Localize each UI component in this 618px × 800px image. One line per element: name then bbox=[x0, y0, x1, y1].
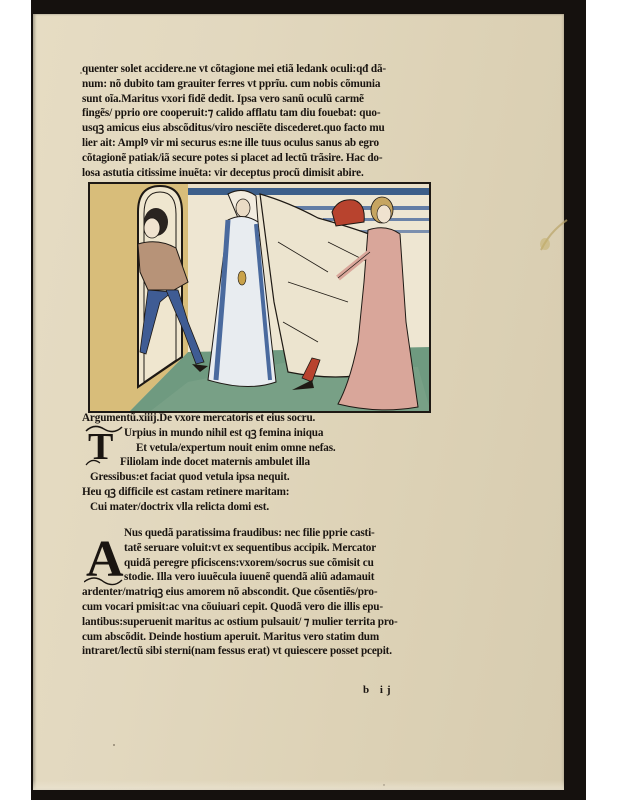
paper-speck bbox=[113, 744, 115, 746]
verse-line: Cui mater/doctrix vlla relicta domi est. bbox=[82, 500, 432, 515]
verse-line: Gressibus:et faciat quod vetula ipsa neq… bbox=[82, 470, 432, 485]
argument-heading: Argumentũ.xiiij.De vxore mercatoris et e… bbox=[82, 411, 432, 426]
top-text-block: quenter solet accidere.ne vt cõtagione m… bbox=[82, 62, 432, 180]
prose-line: lantibus:superuenit maritus ac ostium pu… bbox=[82, 615, 432, 630]
decorated-initial-t: T bbox=[84, 423, 124, 467]
signature-mark: b ij bbox=[363, 684, 395, 696]
prose-line: tatẽ seruare voluit:vt ex sequentibus ac… bbox=[82, 541, 432, 556]
paper-speck bbox=[80, 72, 82, 74]
prose-line: cum vocari pmisit:ac vna cõuiuari cepit.… bbox=[82, 600, 432, 615]
argument-section: Argumentũ.xiiij.De vxore mercatoris et e… bbox=[82, 411, 432, 515]
prose-line: intraret/lectũ sibi sterni(nam fessus er… bbox=[82, 644, 432, 659]
book-page: quenter solet accidere.ne vt cõtagione m… bbox=[33, 14, 564, 790]
text-line: losa astutia citissime inuẽta: vir decep… bbox=[82, 166, 432, 181]
text-line: num: nõ dubito tam grauiter ferres vt pp… bbox=[82, 77, 432, 92]
prose-line: Nus quedã paratissima fraudibus: nec fil… bbox=[82, 526, 432, 541]
text-line: usqꝫ amicus eius abscõditus/viro nesciẽt… bbox=[82, 121, 432, 136]
text-line: lier ait: Amplꝰ vir mi securus es:ne ill… bbox=[82, 136, 432, 151]
woodcut-illustration bbox=[88, 182, 431, 413]
prose-line: stodie. Illa vero iuuẽcula iuuenẽ quendã… bbox=[82, 570, 432, 585]
text-line: cõtagionẽ patiak/iã secure potes si plac… bbox=[82, 151, 432, 166]
verse-line: Filiolam inde docet maternis ambulet ill… bbox=[82, 455, 432, 470]
text-line: sunt oĩa.Maritus vxori fidẽ dedit. Ipsa … bbox=[82, 92, 432, 107]
paper-speck bbox=[383, 784, 385, 786]
verse-line: Heu qꝫ difficile est castam retinere mar… bbox=[82, 485, 432, 500]
prose-line: quidã peregre pficiscens:vxorem/socrus s… bbox=[82, 556, 432, 571]
verse-line: Urpius in mundo nihil est qꝫ femina iniq… bbox=[82, 426, 432, 441]
decorated-initial-a: A bbox=[84, 526, 124, 586]
prose-line: ardenter/matriqꝫ eius amorem nõ abscondi… bbox=[82, 585, 432, 600]
prose-line: cum abscõdit. Deinde hostium aperuit. Ma… bbox=[82, 630, 432, 645]
verse-line: Et vetula/expertum nouit enim omne nefas… bbox=[82, 441, 432, 456]
paper-stain bbox=[533, 214, 573, 254]
prose-section: A Nus quedã paratissima fraudibus: nec f… bbox=[82, 526, 432, 659]
text-line: fingẽs/ pprio ore cooperuit:⁊ calido aff… bbox=[82, 106, 432, 121]
text-line: quenter solet accidere.ne vt cõtagione m… bbox=[82, 62, 432, 77]
